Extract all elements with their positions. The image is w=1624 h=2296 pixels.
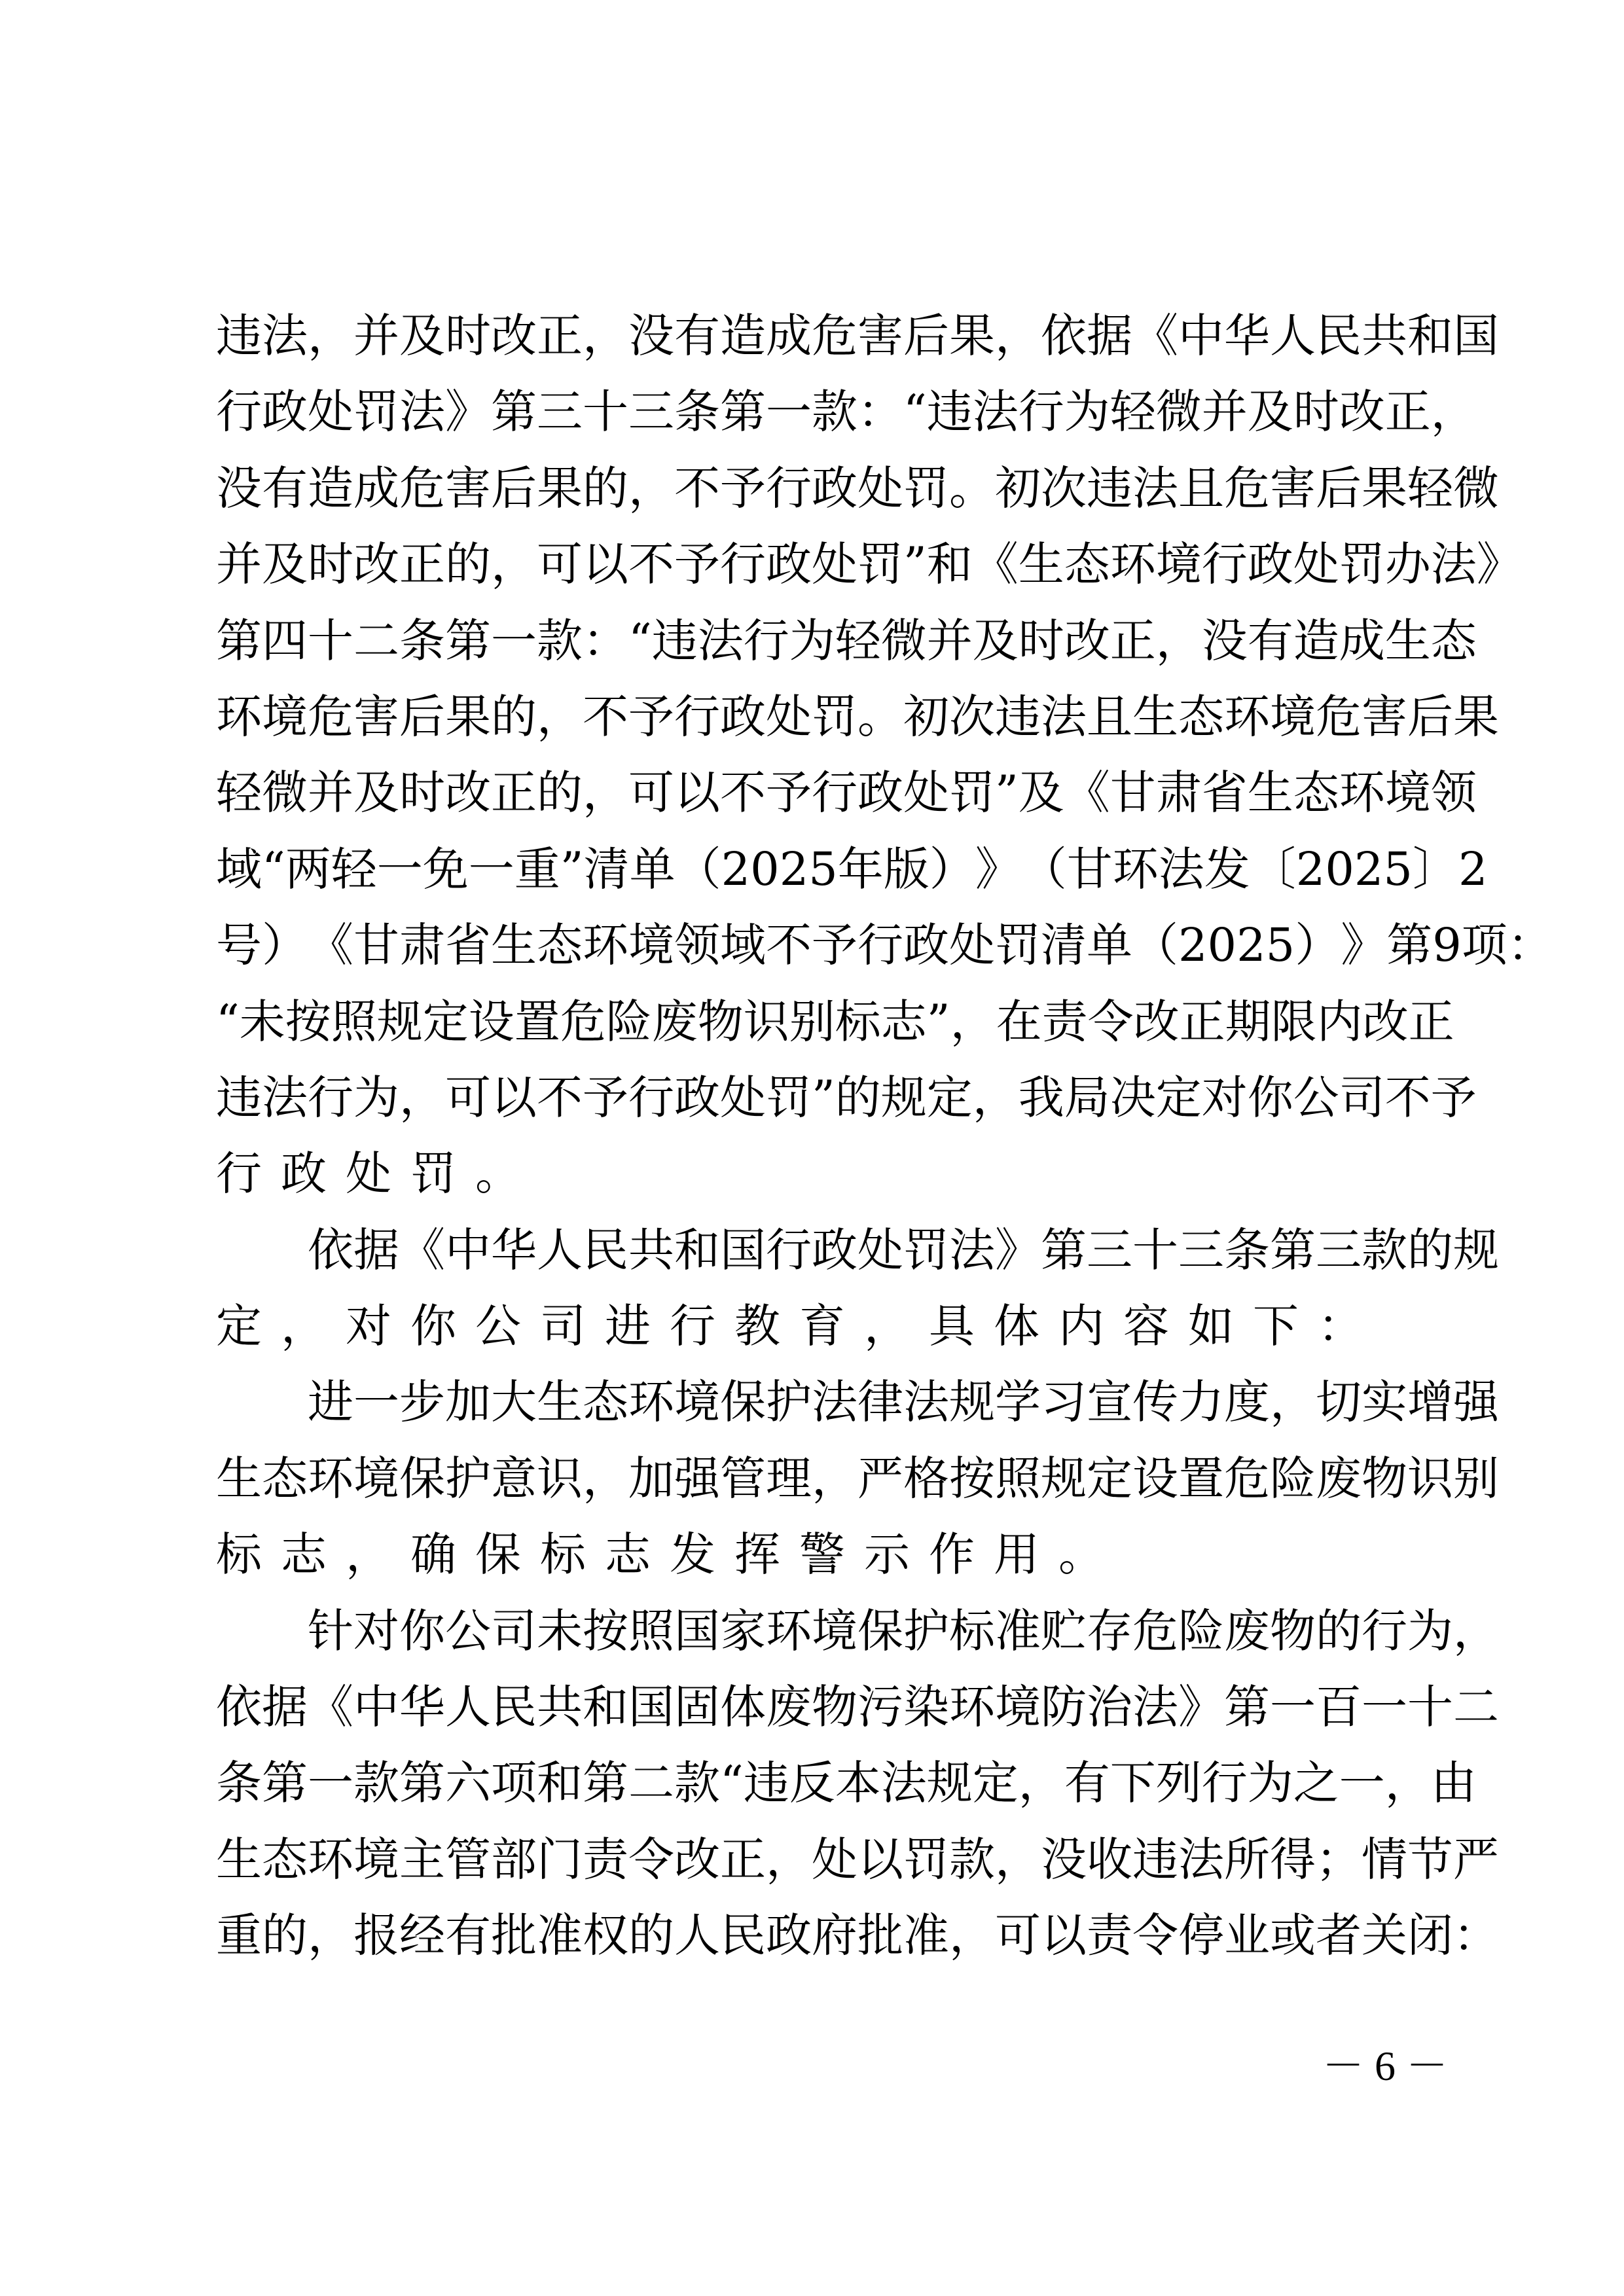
text-line: 生态环境主管部门责令改正，处以罚款，没收违法所得；情节严 — [216, 1821, 1414, 1897]
text-line: 行政处罚法》第三十三条第一款：“违法行为轻微并及时改正， — [216, 374, 1414, 450]
text-line: 违法行为，可以不予行政处罚”的规定，我局决定对你公司不予 — [216, 1060, 1414, 1136]
text-line: 并及时改正的，可以不予行政处罚”和《生态环境行政处罚办法》 — [216, 526, 1414, 602]
text-line: 第四十二条第一款：“违法行为轻微并及时改正，没有造成生态 — [216, 603, 1414, 679]
text-line: 没有造成危害后果的，不予行政处罚。初次违法且危害后果轻微 — [216, 450, 1414, 526]
text-line: 进一步加大生态环境保护法律法规学习宣传力度，切实增强 — [216, 1364, 1414, 1440]
text-line: 环境危害后果的，不予行政处罚。初次违法且生态环境危害后果 — [216, 679, 1414, 755]
text-line: 违法，并及时改正，没有造成危害后果，依据《中华人民共和国 — [216, 298, 1414, 374]
text-line: 依据《中华人民共和国固体废物污染环境防治法》第一百一十二 — [216, 1669, 1414, 1745]
text-line: 标志，确保标志发挥警示作用。 — [216, 1516, 1414, 1592]
text-line: 轻微并及时改正的，可以不予行政处罚”及《甘肃省生态环境领 — [216, 755, 1414, 831]
text-line: 重的，报经有批准权的人民政府批准，可以责令停业或者关闭： — [216, 1897, 1414, 1973]
text-line: 定，对你公司进行教育，具体内容如下： — [216, 1288, 1414, 1364]
text-line: 行政处罚。 — [216, 1136, 1414, 1211]
text-line: 域“两轻一免一重”清单（2025年版）》（甘环法发〔2025〕2 — [216, 831, 1414, 907]
page-number: － 6 － — [1322, 2032, 1440, 2092]
text-line: 号）《甘肃省生态环境领域不予行政处罚清单（2025）》第9项： — [216, 907, 1414, 983]
document-page: 违法，并及时改正，没有造成危害后果，依据《中华人民共和国 行政处罚法》第三十三条… — [0, 0, 1624, 2296]
text-line: 依据《中华人民共和国行政处罚法》第三十三条第三款的规 — [216, 1212, 1414, 1288]
document-body: 违法，并及时改正，没有造成危害后果，依据《中华人民共和国 行政处罚法》第三十三条… — [216, 298, 1414, 1974]
text-line: 生态环境保护意识，加强管理，严格按照规定设置危险废物识别 — [216, 1441, 1414, 1516]
text-line: 条第一款第六项和第二款“违反本法规定，有下列行为之一，由 — [216, 1745, 1414, 1821]
text-line: “未按照规定设置危险废物识别标志”，在责令改正期限内改正 — [216, 984, 1414, 1060]
text-line: 针对你公司未按照国家环境保护标准贮存危险废物的行为， — [216, 1593, 1414, 1669]
